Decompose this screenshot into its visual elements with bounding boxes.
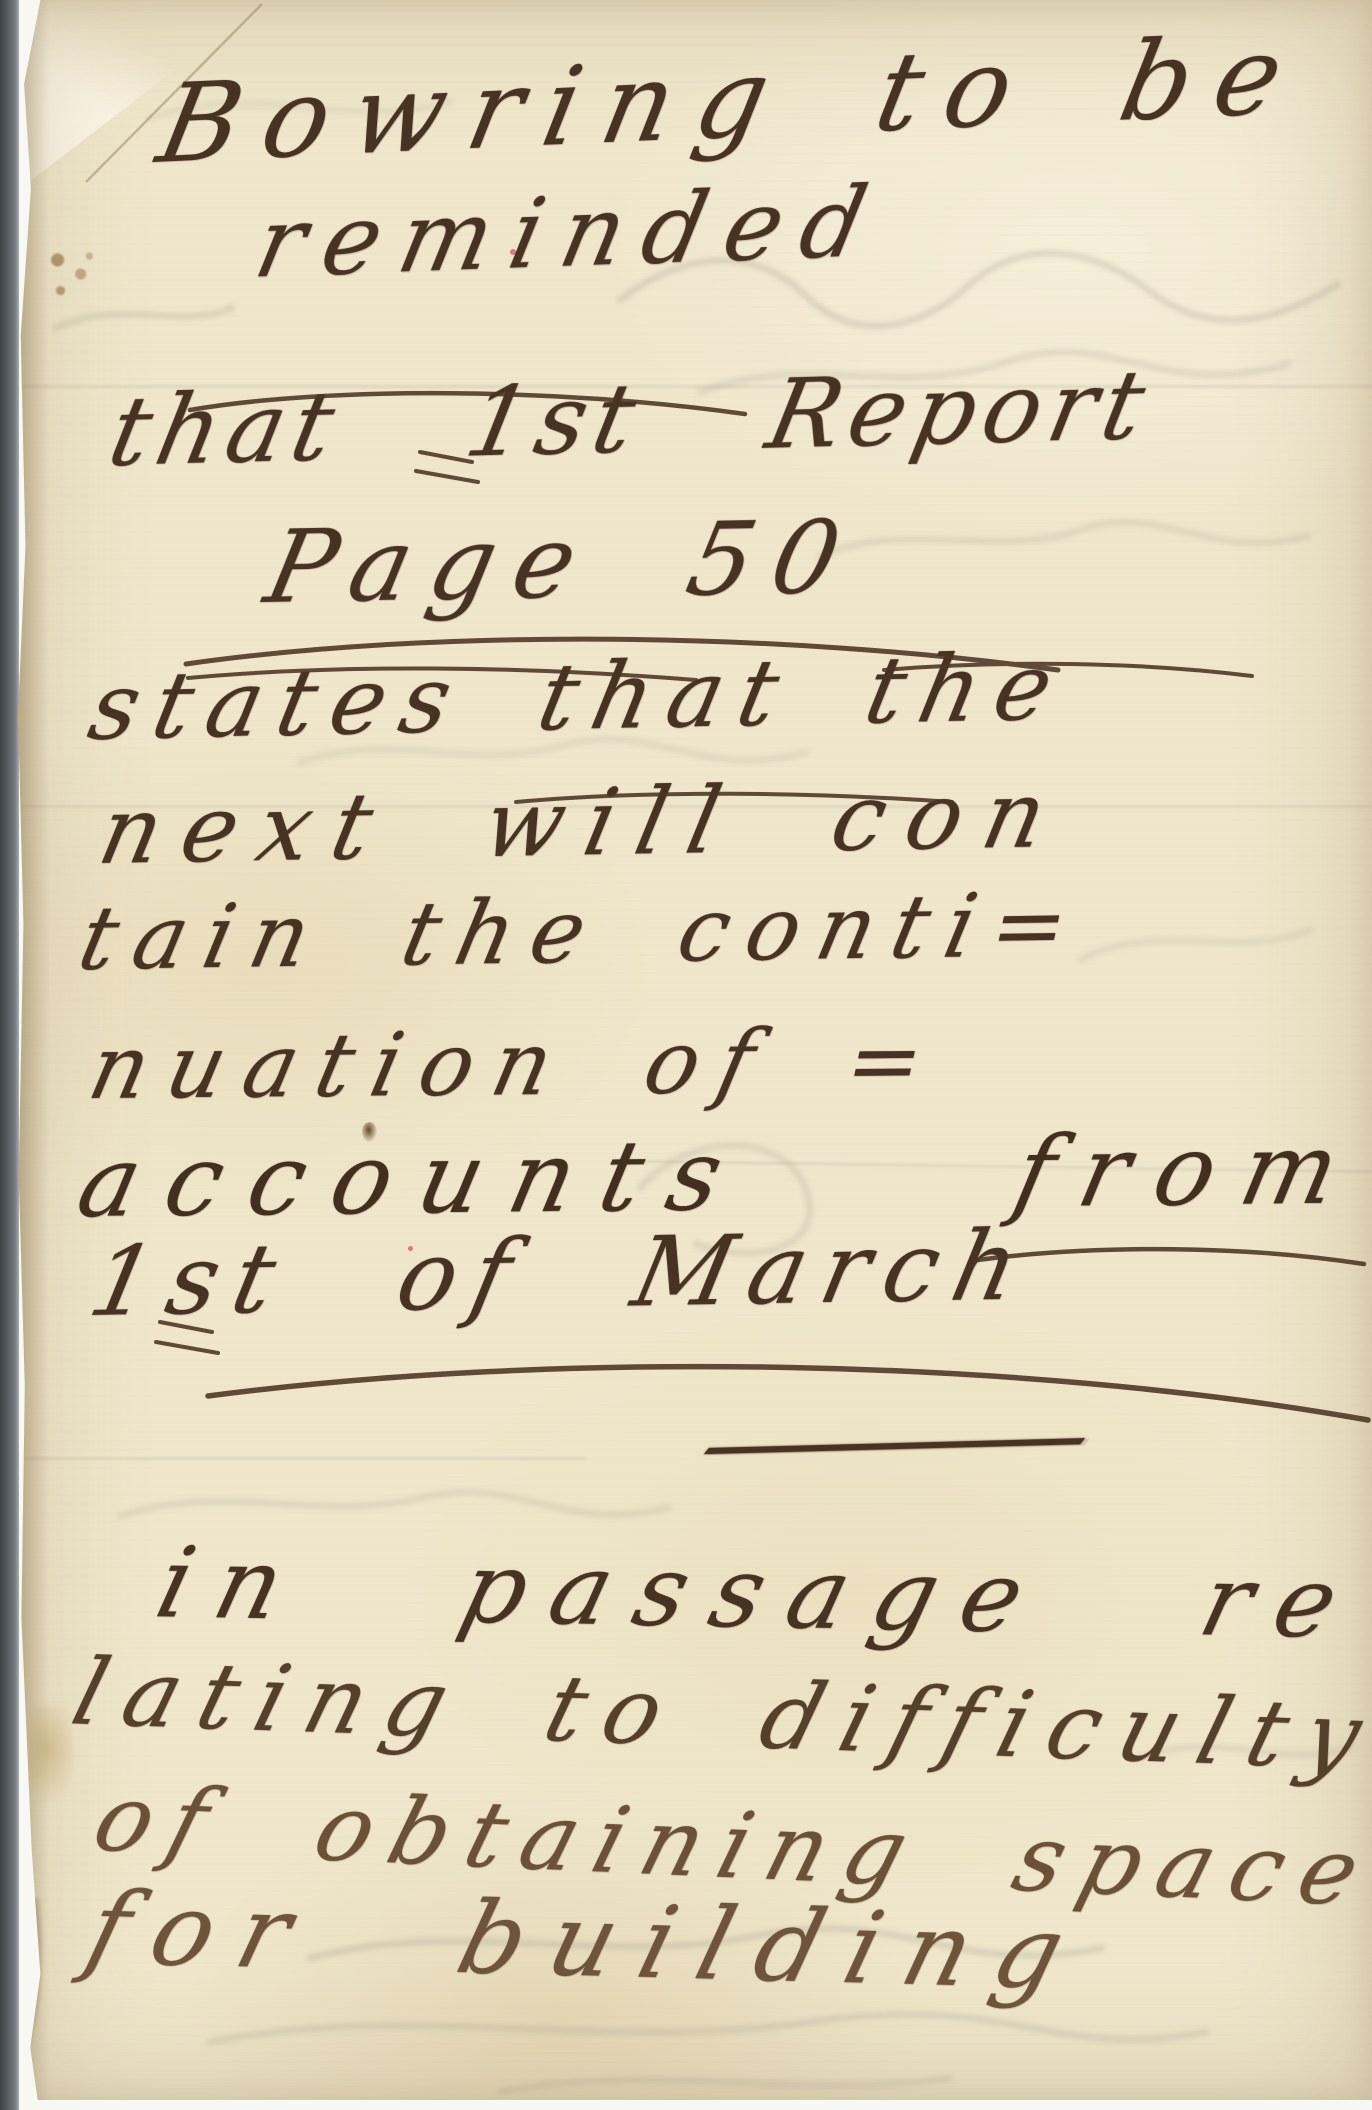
handwritten-line-10: 1st of March: [82, 1217, 1043, 1330]
handwritten-line-2: reminded: [248, 173, 894, 292]
handwritten-line-6: next will con: [92, 769, 1076, 878]
handwritten-line-5: states that the: [82, 641, 1076, 754]
handwritten-line-7: tain the conti=: [72, 881, 1094, 983]
handwritten-line-3: that 1st Report: [102, 356, 1160, 480]
handwritten-line-8: nuation of =: [82, 1016, 952, 1112]
scanned-letter-page: { "letter": { "ink_color": "#4a3522", "p…: [0, 0, 1372, 2110]
handwritten-line-4: Page 50: [258, 507, 868, 618]
handwritten-line-11: in passage re: [148, 1534, 1372, 1653]
handwritten-line-14: for building: [78, 1879, 1099, 2004]
separator-dash: —: [687, 1385, 1102, 1492]
scanner-edge-strip: [0, 0, 19, 2110]
